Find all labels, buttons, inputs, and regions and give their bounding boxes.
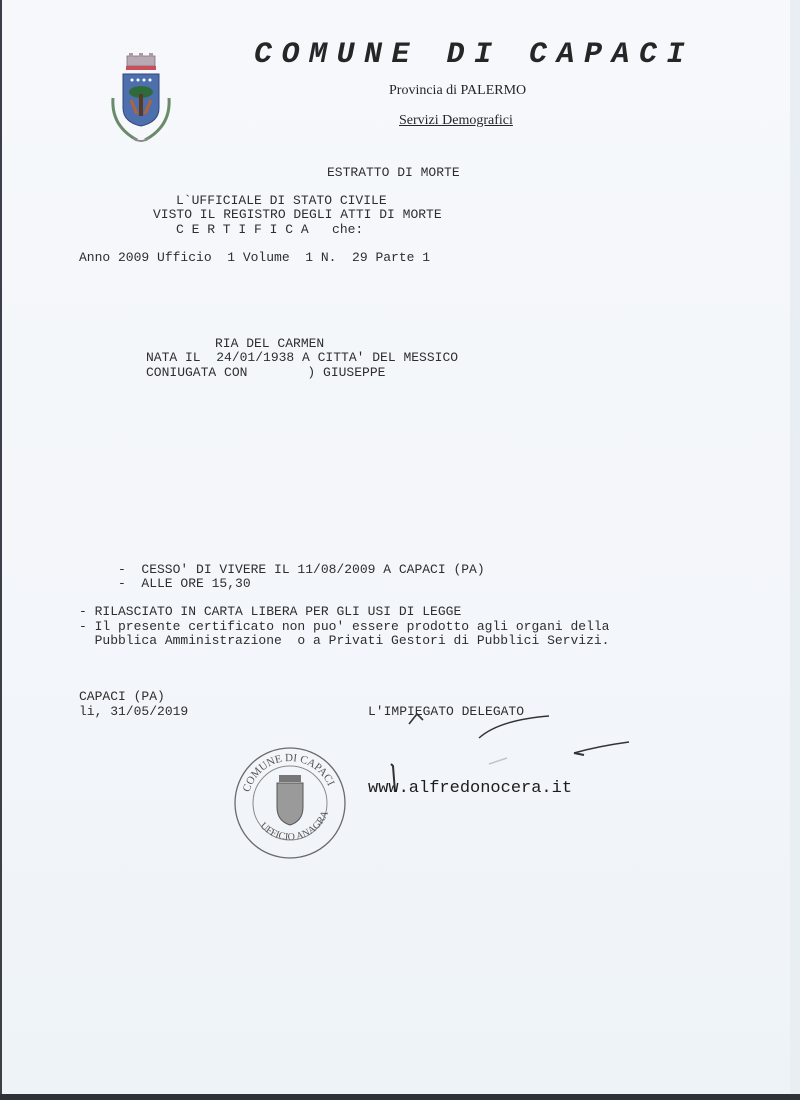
coat-of-arms-icon [88,34,156,130]
department-label: Servizi Demografici [399,113,513,129]
document-type-heading: ESTRATTO DI MORTE [327,166,460,180]
website-watermark: www.alfredonocera.it [368,779,572,798]
deceased-name: RIA DEL CARMEN [215,337,324,351]
record-reference: Anno 2009 Ufficio 1 Volume 1 N. 29 Parte… [79,251,430,265]
province-label: Provincia di PALERMO [389,83,526,99]
death-time: - ALLE ORE 15,30 [118,577,251,591]
officer-line: L`UFFICIALE DI STATO CIVILE [176,194,387,208]
spouse-prefix: CONIUGATA CON [146,365,247,380]
note-free-paper: - RILASCIATO IN CARTA LIBERA PER GLI USI… [79,605,461,619]
certifies-line: C E R T I F I C A che: [176,223,363,237]
registry-line: VISTO IL REGISTRO DEGLI ATTI DI MORTE [153,208,442,222]
scan-edge-bottom [0,1094,800,1100]
municipality-title: COMUNE DI CAPACI [254,38,694,72]
issue-place: CAPACI (PA) [79,690,165,704]
birth-details: NATA IL 24/01/1938 A CITTA' DEL MESSICO [146,351,458,365]
scan-edge-left [0,0,2,1100]
signature-icon [360,690,620,780]
redacted-surname [247,366,307,380]
note-usage-restriction: - Il presente certificato non puo' esser… [79,620,610,634]
death-date-place: - CESSO' DI VIVERE IL 11/08/2009 A CAPAC… [118,563,485,577]
official-stamp-icon: COMUNE DI CAPACI UFFICIO ANAGRAFE [212,727,330,843]
spouse-name: ) GIUSEPPE [307,365,385,380]
issue-date: li, 31/05/2019 [79,705,188,719]
note-usage-restriction-cont: Pubblica Amministrazione o a Privati Ges… [79,634,610,648]
spouse-line: CONIUGATA CON ) GIUSEPPE [146,366,385,380]
scan-edge-right [790,0,800,1094]
